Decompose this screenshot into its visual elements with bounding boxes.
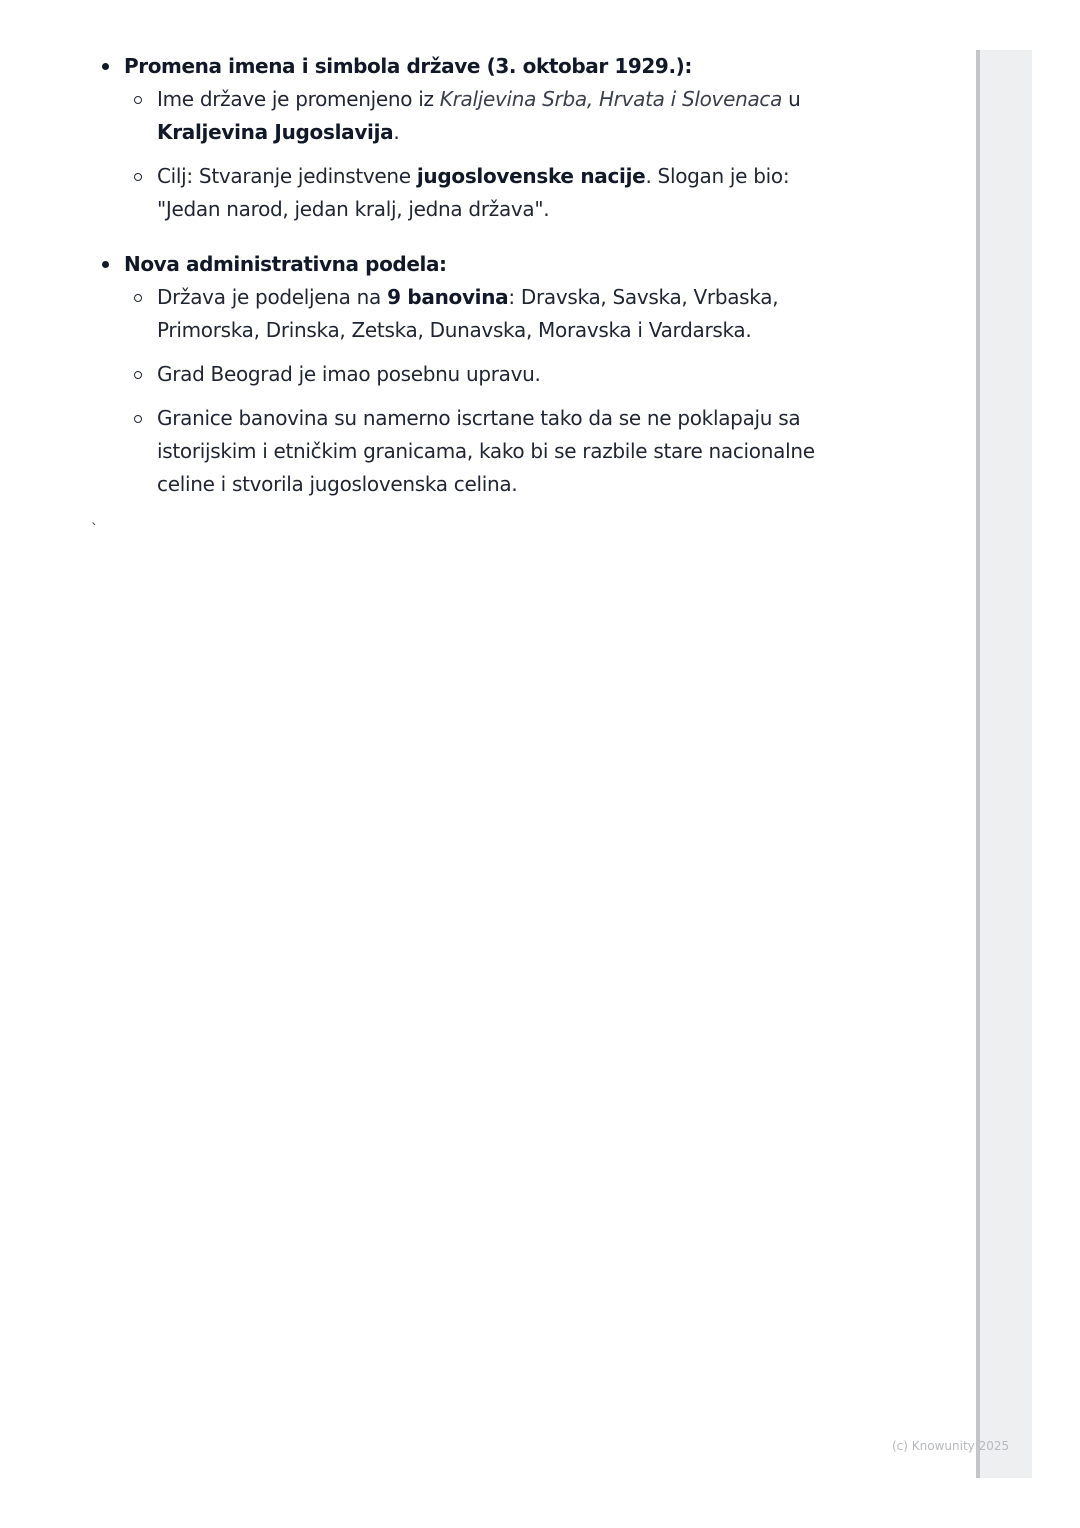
section-admin-division: Nova administrativna podela: Država je p… <box>96 248 836 501</box>
list-item: Grad Beograd je imao posebnu upravu. <box>124 358 836 391</box>
bold-text: jugoslovenske nacije <box>417 164 646 188</box>
list-item: Ime države je promenjeno iz Kraljevina S… <box>124 83 836 149</box>
sub-list: Ime države je promenjeno iz Kraljevina S… <box>124 83 836 226</box>
list-item: Cilj: Stvaranje jedinstvene jugoslovensk… <box>124 160 836 226</box>
section-heading: Promena imena i simbola države (3. oktob… <box>124 50 836 83</box>
list-item: Država je podeljena na 9 banovina: Dravs… <box>124 281 836 347</box>
text: . <box>393 120 399 144</box>
copyright-footer: (c) Knowunity 2025 <box>892 1439 1009 1453</box>
section-name-change: Promena imena i simbola države (3. oktob… <box>96 50 836 226</box>
text: Ime države je promenjeno iz <box>157 87 440 111</box>
bold-text: Kraljevina Jugoslavija <box>157 120 393 144</box>
sub-list: Država je podeljena na 9 banovina: Dravs… <box>124 281 836 501</box>
section-heading: Nova administrativna podela: <box>124 248 836 281</box>
document-body: Promena imena i simbola države (3. oktob… <box>96 50 836 523</box>
text: Cilj: Stvaranje jedinstvene <box>157 164 417 188</box>
main-list: Promena imena i simbola države (3. oktob… <box>96 50 836 501</box>
list-item: Granice banovina su namerno iscrtane tak… <box>124 402 836 501</box>
stray-mark: ` <box>91 522 98 538</box>
text: Država je podeljena na <box>157 285 387 309</box>
side-panel <box>976 50 1032 1478</box>
text: u <box>782 87 800 111</box>
bold-text: 9 banovina <box>387 285 508 309</box>
italic-text: Kraljevina Srba, Hrvata i Slovenaca <box>440 87 782 111</box>
